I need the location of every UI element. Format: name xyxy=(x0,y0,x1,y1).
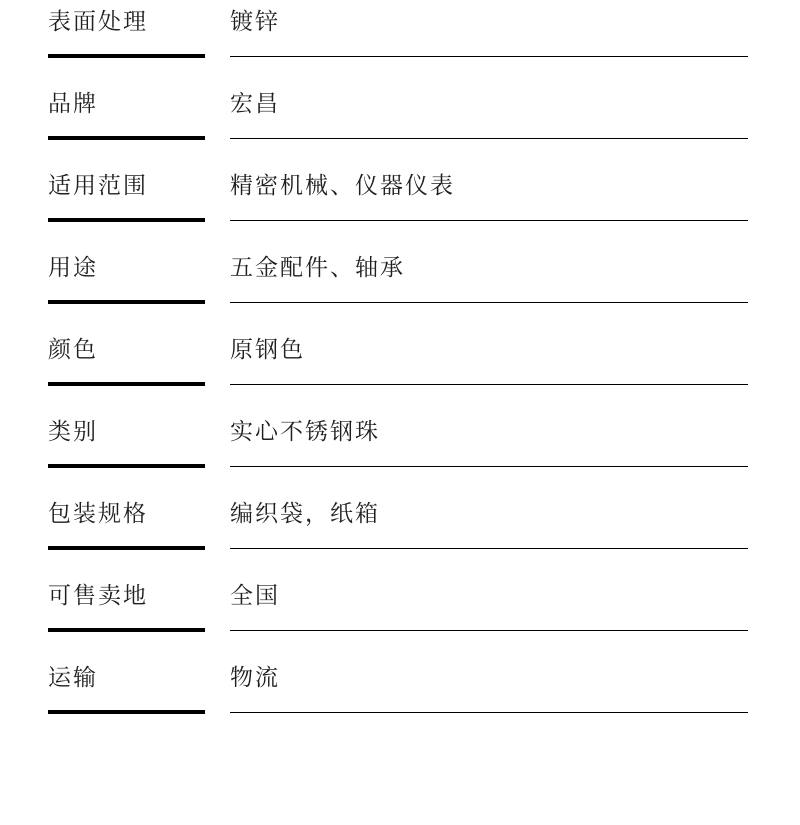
spec-label: 用途 xyxy=(48,246,205,304)
spec-value: 镀锌 xyxy=(230,0,748,57)
spec-label: 颜色 xyxy=(48,328,205,386)
spec-row: 颜色 原钢色 xyxy=(0,328,800,410)
product-spec-table: 表面处理 镀锌 品牌 宏昌 适用范围 精密机械、仪器仪表 用途 五金配件、轴承 … xyxy=(0,0,800,738)
spec-row: 用途 五金配件、轴承 xyxy=(0,246,800,328)
spec-value: 宏昌 xyxy=(230,82,748,139)
spec-row: 可售卖地 全国 xyxy=(0,574,800,656)
spec-row: 品牌 宏昌 xyxy=(0,82,800,164)
spec-value: 编织袋，纸箱 xyxy=(230,492,748,549)
spec-row: 适用范围 精密机械、仪器仪表 xyxy=(0,164,800,246)
spec-value: 全国 xyxy=(230,574,748,631)
spec-row: 运输 物流 xyxy=(0,656,800,738)
spec-value: 原钢色 xyxy=(230,328,748,385)
spec-label: 运输 xyxy=(48,656,205,714)
spec-label: 适用范围 xyxy=(48,164,205,222)
spec-row: 表面处理 镀锌 xyxy=(0,0,800,82)
spec-value: 物流 xyxy=(230,656,748,713)
spec-value: 五金配件、轴承 xyxy=(230,246,748,303)
spec-row: 包装规格 编织袋，纸箱 xyxy=(0,492,800,574)
spec-label: 可售卖地 xyxy=(48,574,205,632)
spec-label: 表面处理 xyxy=(48,0,205,58)
spec-value: 实心不锈钢珠 xyxy=(230,410,748,467)
spec-row: 类别 实心不锈钢珠 xyxy=(0,410,800,492)
spec-value: 精密机械、仪器仪表 xyxy=(230,164,748,221)
spec-label: 类别 xyxy=(48,410,205,468)
spec-label: 品牌 xyxy=(48,82,205,140)
spec-label: 包装规格 xyxy=(48,492,205,550)
